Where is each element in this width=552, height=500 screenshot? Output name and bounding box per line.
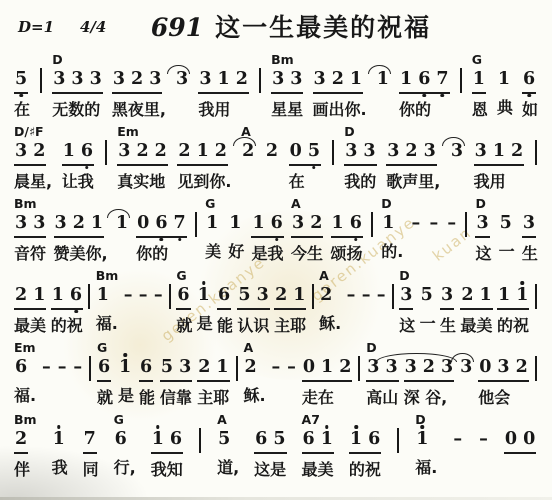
lyric-text: 在 bbox=[289, 172, 305, 196]
lyric-text: 同 bbox=[83, 460, 99, 484]
notes-beam-group: 16 bbox=[51, 284, 83, 310]
bar-glyph bbox=[236, 356, 238, 381]
barline bbox=[258, 53, 262, 125]
note-digit: 1 bbox=[377, 68, 389, 90]
lyric-text: 你的 bbox=[136, 244, 168, 268]
lyric-text: 我的 bbox=[344, 172, 376, 196]
lyric-text: 的祝 bbox=[497, 316, 529, 340]
notes-beam-group: 61 bbox=[302, 428, 334, 454]
note-group: A5道, bbox=[217, 413, 239, 482]
notes-beam-group: 16 bbox=[62, 140, 94, 166]
note-group: – bbox=[446, 197, 457, 266]
notes-beam-group: 53 bbox=[160, 356, 192, 382]
notes-beam-group: – bbox=[153, 284, 164, 308]
note-group: – bbox=[346, 269, 357, 338]
note-digit: 2 bbox=[215, 140, 227, 162]
rest-note: 0 bbox=[505, 428, 517, 450]
chord-label: G bbox=[176, 269, 186, 284]
note-digit: 1 bbox=[321, 356, 333, 378]
lyric-text: 伴 bbox=[14, 460, 30, 484]
notes-beam-group: – bbox=[270, 356, 281, 380]
notes-beam-group: – bbox=[376, 284, 387, 308]
note-digit: 2 bbox=[244, 356, 256, 378]
notes-beam-group: 3 bbox=[475, 212, 489, 238]
music-line-6: Bm2伴1我7同G6行,16我知A5道,65这是A761最美16的祝D1福.––… bbox=[0, 413, 552, 485]
notes-beam-group: 1 bbox=[381, 212, 395, 236]
rest-note: 0 bbox=[290, 140, 302, 162]
notes-beam-group: 33 bbox=[344, 140, 376, 166]
notes-beam-group: 312 bbox=[198, 68, 249, 94]
notes-beam-group: 21 bbox=[14, 284, 46, 310]
bar-glyph bbox=[460, 68, 462, 93]
chord-label: Em bbox=[14, 341, 36, 356]
bar-glyph bbox=[169, 284, 171, 309]
notes-beam-group: 1 bbox=[118, 356, 132, 380]
notes-beam-group: 1 bbox=[52, 428, 66, 452]
note-group: A2稣. bbox=[243, 341, 265, 410]
bar-glyph bbox=[397, 428, 399, 453]
lyric-text: 让我 bbox=[62, 172, 94, 196]
bar-glyph bbox=[259, 68, 261, 93]
note-digit: 1 bbox=[216, 356, 228, 378]
bar-glyph bbox=[358, 356, 360, 381]
notes-beam-group: – bbox=[138, 284, 149, 308]
note-digit: 7 bbox=[174, 212, 186, 234]
notes-beam-group: 53 bbox=[237, 284, 269, 310]
note-group: A2 bbox=[241, 125, 255, 194]
notes-beam-group: 1 bbox=[497, 68, 511, 92]
note-digit: 3 bbox=[15, 140, 27, 162]
chord-label: D bbox=[366, 341, 376, 356]
barline bbox=[370, 197, 374, 269]
rest-note: 0 bbox=[137, 212, 149, 234]
note-dash: – bbox=[271, 356, 280, 378]
barline bbox=[396, 413, 400, 485]
note-digit: 3 bbox=[451, 140, 463, 162]
notes-beam-group: 16 bbox=[151, 428, 183, 454]
lyric-text: 他会 bbox=[478, 388, 510, 412]
note-digit: 2 bbox=[15, 284, 27, 306]
note-group: 067你的 bbox=[136, 197, 187, 268]
note-dash: – bbox=[287, 356, 296, 378]
note-digit: 2 bbox=[178, 140, 190, 162]
barline bbox=[198, 413, 202, 485]
note-group: 167你的 bbox=[399, 53, 450, 124]
chord-label: D bbox=[381, 197, 391, 212]
notes-beam-group: 2 bbox=[241, 140, 255, 164]
chord-label: Bm bbox=[271, 53, 294, 68]
notes-beam-group: 2 bbox=[243, 356, 257, 380]
note-group: – bbox=[41, 341, 52, 410]
note-group: 5一 bbox=[420, 269, 436, 338]
lyric-text: 生 bbox=[522, 244, 538, 268]
note-digit: 7 bbox=[436, 68, 448, 90]
notes-beam-group: 3 bbox=[175, 68, 189, 92]
note-group: – bbox=[123, 269, 134, 338]
notes-beam-group: 16 bbox=[349, 428, 381, 454]
note-dash: – bbox=[347, 284, 356, 306]
note-digit: 1 bbox=[332, 212, 344, 234]
barline bbox=[235, 341, 239, 413]
lyric-text: 稣. bbox=[243, 386, 265, 410]
note-digit: 2 bbox=[405, 140, 417, 162]
note-digit: 3 bbox=[290, 68, 302, 90]
bar-glyph bbox=[465, 212, 467, 237]
notes-beam-group: 1 bbox=[115, 212, 129, 236]
note-group: 5在 bbox=[14, 53, 30, 124]
note-digit: 5 bbox=[500, 212, 512, 234]
notes-beam-group: 012 bbox=[302, 356, 353, 382]
note-digit: 3 bbox=[176, 68, 188, 90]
lyric-text: 高山 bbox=[366, 388, 398, 412]
barline bbox=[534, 125, 538, 197]
note-group: 323深 谷, bbox=[404, 341, 455, 412]
note-group: 1 bbox=[115, 197, 129, 266]
note-digit: 3 bbox=[71, 68, 83, 90]
note-group: – bbox=[478, 413, 489, 482]
rest-note: 0 bbox=[523, 428, 535, 450]
notes-beam-group: 322 bbox=[117, 140, 168, 166]
note-group: 6能 bbox=[217, 269, 233, 340]
chord-label: D bbox=[475, 197, 485, 212]
note-digit: 2 bbox=[73, 212, 85, 234]
notes-beam-group: 16 bbox=[331, 212, 363, 238]
note-group: – bbox=[138, 269, 149, 338]
note-group: 1是 bbox=[197, 269, 213, 338]
note-digit: 2 bbox=[198, 356, 210, 378]
lyric-text: 的. bbox=[381, 242, 403, 266]
notes-beam-group: 167 bbox=[399, 68, 450, 94]
note-digit: 6 bbox=[418, 68, 430, 90]
lyric-text: 如 bbox=[522, 100, 538, 124]
note-group: 16我知 bbox=[151, 413, 183, 484]
note-group: – bbox=[153, 269, 164, 338]
lyric-text: 福. bbox=[415, 458, 437, 482]
note-digit: 6 bbox=[350, 212, 362, 234]
notes-beam-group: – bbox=[72, 356, 83, 380]
lyric-text: 我知 bbox=[151, 460, 183, 484]
lyric-text: 是我 bbox=[251, 244, 283, 268]
note-group: 3 bbox=[450, 125, 464, 194]
barline bbox=[331, 125, 335, 197]
note-group: 032他会 bbox=[478, 341, 529, 412]
note-group: Bm1福. bbox=[96, 269, 119, 338]
barline bbox=[39, 53, 43, 125]
notes-beam-group: – bbox=[446, 212, 457, 236]
notes-beam-group: 1 bbox=[96, 284, 110, 308]
bar-glyph bbox=[195, 212, 197, 237]
lyric-text: 最美 bbox=[460, 316, 492, 340]
note-group: 21主耶 bbox=[197, 341, 229, 412]
notes-beam-group: 5 bbox=[217, 428, 231, 452]
chord-label: A bbox=[319, 269, 329, 284]
notes-beam-group: – bbox=[57, 356, 68, 380]
note-digit: 2 bbox=[461, 284, 473, 306]
note-group: 16的祝 bbox=[349, 413, 381, 484]
notes-beam-group: 1 bbox=[376, 68, 390, 92]
note-digit: 7 bbox=[84, 428, 96, 450]
note-group: G6就 bbox=[97, 341, 113, 412]
note-digit: 3 bbox=[363, 140, 375, 162]
chord-label: A bbox=[291, 197, 301, 212]
note-group: – bbox=[411, 197, 422, 266]
bar-glyph bbox=[392, 284, 394, 309]
note-digit: 2 bbox=[423, 356, 435, 378]
note-group: 7同 bbox=[83, 413, 99, 484]
note-group: 3 bbox=[459, 341, 473, 410]
note-digit: 6 bbox=[115, 428, 127, 450]
lyric-text: 你的 bbox=[399, 100, 431, 124]
note-digit: 3 bbox=[460, 356, 472, 378]
note-group: A32今生 bbox=[291, 197, 323, 268]
barline bbox=[459, 53, 463, 125]
note-group: Bm33星星 bbox=[271, 53, 303, 124]
note-digit: 6 bbox=[155, 212, 167, 234]
note-digit: 1 bbox=[229, 212, 241, 234]
note-digit: 1 bbox=[218, 68, 230, 90]
notes-beam-group: – bbox=[346, 284, 357, 308]
note-digit: 3 bbox=[497, 356, 509, 378]
note-group: – bbox=[452, 413, 463, 482]
note-group: G6行, bbox=[114, 413, 136, 482]
notes-beam-group: 321 bbox=[313, 68, 364, 94]
chord-label: A bbox=[243, 341, 253, 356]
note-group: D1的. bbox=[381, 197, 403, 266]
chord-label: Bm bbox=[96, 269, 119, 284]
note-group: 2 bbox=[265, 125, 279, 194]
note-group: 321赞美你, bbox=[54, 197, 108, 268]
note-group: 1我 bbox=[52, 413, 68, 482]
note-group: – bbox=[270, 341, 281, 410]
notes-beam-group: 3 bbox=[399, 284, 413, 310]
notes-beam-group: – bbox=[428, 212, 439, 236]
note-digit: 2 bbox=[236, 68, 248, 90]
notes-beam-group: 11 bbox=[497, 284, 529, 310]
note-dash: – bbox=[453, 428, 462, 450]
note-digit: 3 bbox=[476, 212, 488, 234]
barline bbox=[104, 125, 108, 197]
lyric-text: 福. bbox=[14, 386, 36, 410]
lyric-text: 星星 bbox=[271, 100, 303, 124]
bar-glyph bbox=[535, 140, 537, 165]
note-dash: – bbox=[377, 284, 386, 306]
note-digit: 2 bbox=[339, 356, 351, 378]
notes-beam-group: 333 bbox=[52, 68, 103, 94]
note-group: A2稣. bbox=[319, 269, 341, 338]
note-digit: 1 bbox=[152, 428, 164, 450]
note-dash: – bbox=[479, 428, 488, 450]
note-digit: 2 bbox=[310, 212, 322, 234]
lyric-text: 恩 bbox=[472, 100, 488, 124]
note-dash: – bbox=[124, 284, 133, 306]
note-digit: 3 bbox=[345, 140, 357, 162]
lyric-text: 在 bbox=[14, 100, 30, 124]
notes-beam-group: 05 bbox=[289, 140, 321, 166]
note-group: D33高山 bbox=[366, 341, 398, 412]
notes-beam-group: 323 bbox=[404, 356, 455, 382]
note-digit: 1 bbox=[498, 284, 510, 306]
sheet-music-page: D=1 4/4 691这一生最美的祝福 5在D333无数的323黑夜里,3312… bbox=[0, 0, 552, 485]
notes-beam-group: – bbox=[478, 428, 489, 452]
note-digit: 3 bbox=[113, 68, 125, 90]
note-digit: 2 bbox=[155, 140, 167, 162]
note-group: 312我用 bbox=[474, 125, 525, 196]
key-signature: D=1 bbox=[18, 18, 54, 36]
lyric-text: 信靠 bbox=[160, 388, 192, 412]
chord-label: D bbox=[52, 53, 62, 68]
bar-glyph bbox=[332, 140, 334, 165]
notes-beam-group: 33 bbox=[14, 212, 46, 238]
lyric-text: 认识 bbox=[237, 316, 269, 340]
bar-glyph bbox=[199, 428, 201, 453]
note-dash: – bbox=[139, 284, 148, 306]
note-digit: 2 bbox=[275, 284, 287, 306]
lyric-text: 就 bbox=[176, 316, 192, 340]
note-digit: 6 bbox=[170, 428, 182, 450]
note-group: 21最美 bbox=[14, 269, 46, 340]
notes-beam-group: 6 bbox=[114, 428, 128, 452]
note-digit: 6 bbox=[15, 356, 27, 378]
barline bbox=[534, 341, 538, 413]
notes-beam-group: 32 bbox=[291, 212, 323, 238]
note-digit: 1 bbox=[33, 284, 45, 306]
note-digit: 3 bbox=[367, 356, 379, 378]
note-group: G1恩 bbox=[472, 53, 488, 124]
note-group: 6如 bbox=[522, 53, 538, 124]
note-digit: 1 bbox=[252, 212, 264, 234]
notes-beam-group: 212 bbox=[177, 140, 228, 166]
note-group: 05在 bbox=[289, 125, 321, 196]
note-digit: 5 bbox=[421, 284, 433, 306]
notes-beam-group: 1 bbox=[228, 212, 242, 236]
notes-beam-group: – bbox=[123, 284, 134, 308]
note-digit: 6 bbox=[523, 68, 535, 90]
note-dash: – bbox=[429, 212, 438, 234]
note-digit: 3 bbox=[118, 140, 130, 162]
chord-label: G bbox=[114, 413, 124, 428]
notes-beam-group: 21 bbox=[460, 284, 492, 310]
note-digit: 1 bbox=[63, 140, 75, 162]
note-group: – bbox=[376, 269, 387, 338]
note-digit: 1 bbox=[116, 212, 128, 234]
note-group: 11的祝 bbox=[497, 269, 529, 340]
note-group: – bbox=[57, 341, 68, 410]
note-group: 1 bbox=[376, 53, 390, 122]
note-digit: 5 bbox=[238, 284, 250, 306]
note-digit: 6 bbox=[177, 284, 189, 306]
note-group: 1好 bbox=[228, 197, 244, 266]
chord-label: Bm bbox=[14, 197, 37, 212]
notes-beam-group: 2 bbox=[265, 140, 279, 164]
note-group: 16是我 bbox=[251, 197, 283, 268]
note-group: 21最美 bbox=[460, 269, 492, 340]
lyric-text: 好 bbox=[228, 242, 244, 266]
lyric-text: 的祝 bbox=[51, 316, 83, 340]
note-digit: 3 bbox=[15, 212, 27, 234]
note-digit: 3 bbox=[149, 68, 161, 90]
bar-glyph bbox=[88, 284, 90, 309]
lyric-text: 这是 bbox=[254, 460, 286, 484]
note-group: 012走在 bbox=[302, 341, 353, 412]
lyric-text: 歌声里, bbox=[386, 172, 440, 196]
note-digit: 1 bbox=[382, 212, 394, 234]
note-group: – bbox=[72, 341, 83, 410]
lyric-text: 这 bbox=[475, 244, 491, 268]
note-group: G1美 bbox=[205, 197, 221, 266]
note-digit: 3 bbox=[441, 356, 453, 378]
chord-label: G bbox=[472, 53, 482, 68]
notes-beam-group: 1 bbox=[197, 284, 211, 308]
notes-beam-group: 032 bbox=[478, 356, 529, 382]
lyric-text: 是 bbox=[197, 314, 213, 338]
lyric-text: 今生 bbox=[291, 244, 323, 268]
notes-beam-group: 6 bbox=[176, 284, 190, 310]
note-group: D1福. bbox=[415, 413, 437, 482]
note-group: 312我用 bbox=[198, 53, 249, 124]
note-group: 323黑夜里, bbox=[112, 53, 166, 124]
note-group: 00 bbox=[504, 413, 536, 484]
note-group: 1是 bbox=[118, 341, 134, 410]
title-bar: D=1 4/4 691这一生最美的祝福 bbox=[0, 0, 552, 50]
lyric-text: 主耶 bbox=[274, 316, 306, 340]
score: 5在D333无数的323黑夜里,3312我用Bm33星星321画出你.1167你… bbox=[0, 50, 552, 485]
notes-beam-group: 323 bbox=[112, 68, 163, 94]
bar-glyph bbox=[40, 68, 42, 93]
notes-beam-group: 2 bbox=[319, 284, 333, 308]
notes-beam-group: – bbox=[411, 212, 422, 236]
lyric-text: 深 谷, bbox=[404, 388, 448, 412]
note-group: 6能 bbox=[139, 341, 155, 412]
lyric-text: 典 bbox=[497, 98, 513, 122]
note-digit: 3 bbox=[475, 140, 487, 162]
lyric-text: 主耶 bbox=[197, 388, 229, 412]
note-group: D33我的 bbox=[344, 125, 376, 196]
song-number: 691 bbox=[151, 13, 203, 42]
note-digit: 5 bbox=[308, 140, 320, 162]
note-group: D3这 bbox=[399, 269, 415, 340]
note-digit: 1 bbox=[293, 284, 305, 306]
note-group: – bbox=[428, 197, 439, 266]
time-signature: 4/4 bbox=[80, 18, 106, 36]
note-digit: 2 bbox=[320, 284, 332, 306]
note-digit: 1 bbox=[498, 68, 510, 90]
note-digit: 3 bbox=[441, 284, 453, 306]
lyric-text: 走在 bbox=[302, 388, 334, 412]
notes-beam-group: 3 bbox=[522, 212, 536, 238]
lyric-text: 能 bbox=[139, 388, 155, 412]
notes-beam-group: – bbox=[41, 356, 52, 380]
note-digit: 1 bbox=[416, 428, 428, 450]
lyric-text: 福. bbox=[96, 314, 118, 338]
barline bbox=[194, 197, 198, 269]
notes-beam-group: 16 bbox=[251, 212, 283, 238]
notes-beam-group: 33 bbox=[271, 68, 303, 94]
note-digit: 2 bbox=[242, 140, 254, 162]
note-digit: 3 bbox=[33, 212, 45, 234]
note-digit: 1 bbox=[53, 428, 65, 450]
note-dash: – bbox=[58, 356, 67, 378]
barline bbox=[534, 269, 538, 341]
note-group: D333无数的 bbox=[52, 53, 103, 124]
note-digit: 2 bbox=[33, 140, 45, 162]
note-group: 16颂扬 bbox=[331, 197, 363, 268]
notes-beam-group: 21 bbox=[197, 356, 229, 382]
notes-beam-group: 5 bbox=[499, 212, 513, 236]
bar-glyph bbox=[105, 140, 107, 165]
chord-label: A bbox=[241, 125, 251, 140]
note-digit: 1 bbox=[493, 140, 505, 162]
note-digit: 6 bbox=[368, 428, 380, 450]
